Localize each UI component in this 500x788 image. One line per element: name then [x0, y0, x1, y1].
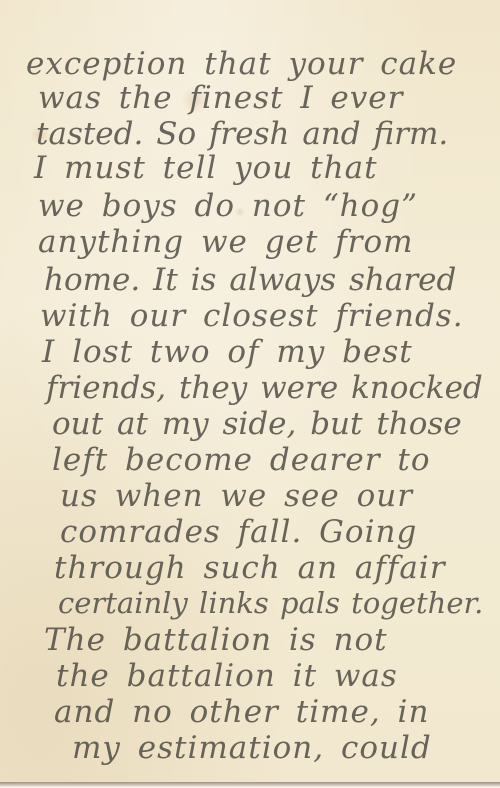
- letter-line: exception that your cake: [26, 46, 457, 82]
- letter-line: left become dearer to: [52, 442, 431, 478]
- letter-line: was the finest I ever: [38, 80, 403, 116]
- letter-line: friends, they were knocked: [46, 370, 483, 406]
- letter-line: and no other time, in: [54, 694, 429, 730]
- letter-line: certainly links pals together.: [58, 586, 483, 620]
- letter-line: anything we get from: [38, 224, 414, 260]
- letter-line: through such an affair: [54, 550, 446, 586]
- letter-line: us when we see our: [60, 478, 413, 514]
- paper-bottom-edge: [0, 782, 500, 788]
- letter-line: tasted. So fresh and firm.: [36, 116, 448, 152]
- letter-line: with our closest friends.: [40, 298, 464, 334]
- letter-line: the battalion it was: [56, 658, 398, 694]
- letter-page: exception that your cake was the finest …: [0, 0, 500, 788]
- letter-line: my estimation, could: [72, 730, 432, 766]
- letter-line: The battalion is not: [44, 622, 388, 658]
- letter-line: comrades fall. Going: [60, 514, 417, 550]
- letter-line: I lost two of my best: [42, 334, 413, 370]
- letter-line: home. It is always shared: [44, 262, 456, 298]
- letter-line: I must tell you that: [34, 150, 378, 186]
- letter-line: we boys do not “hog”: [38, 188, 418, 224]
- letter-line: out at my side, but those: [52, 406, 462, 442]
